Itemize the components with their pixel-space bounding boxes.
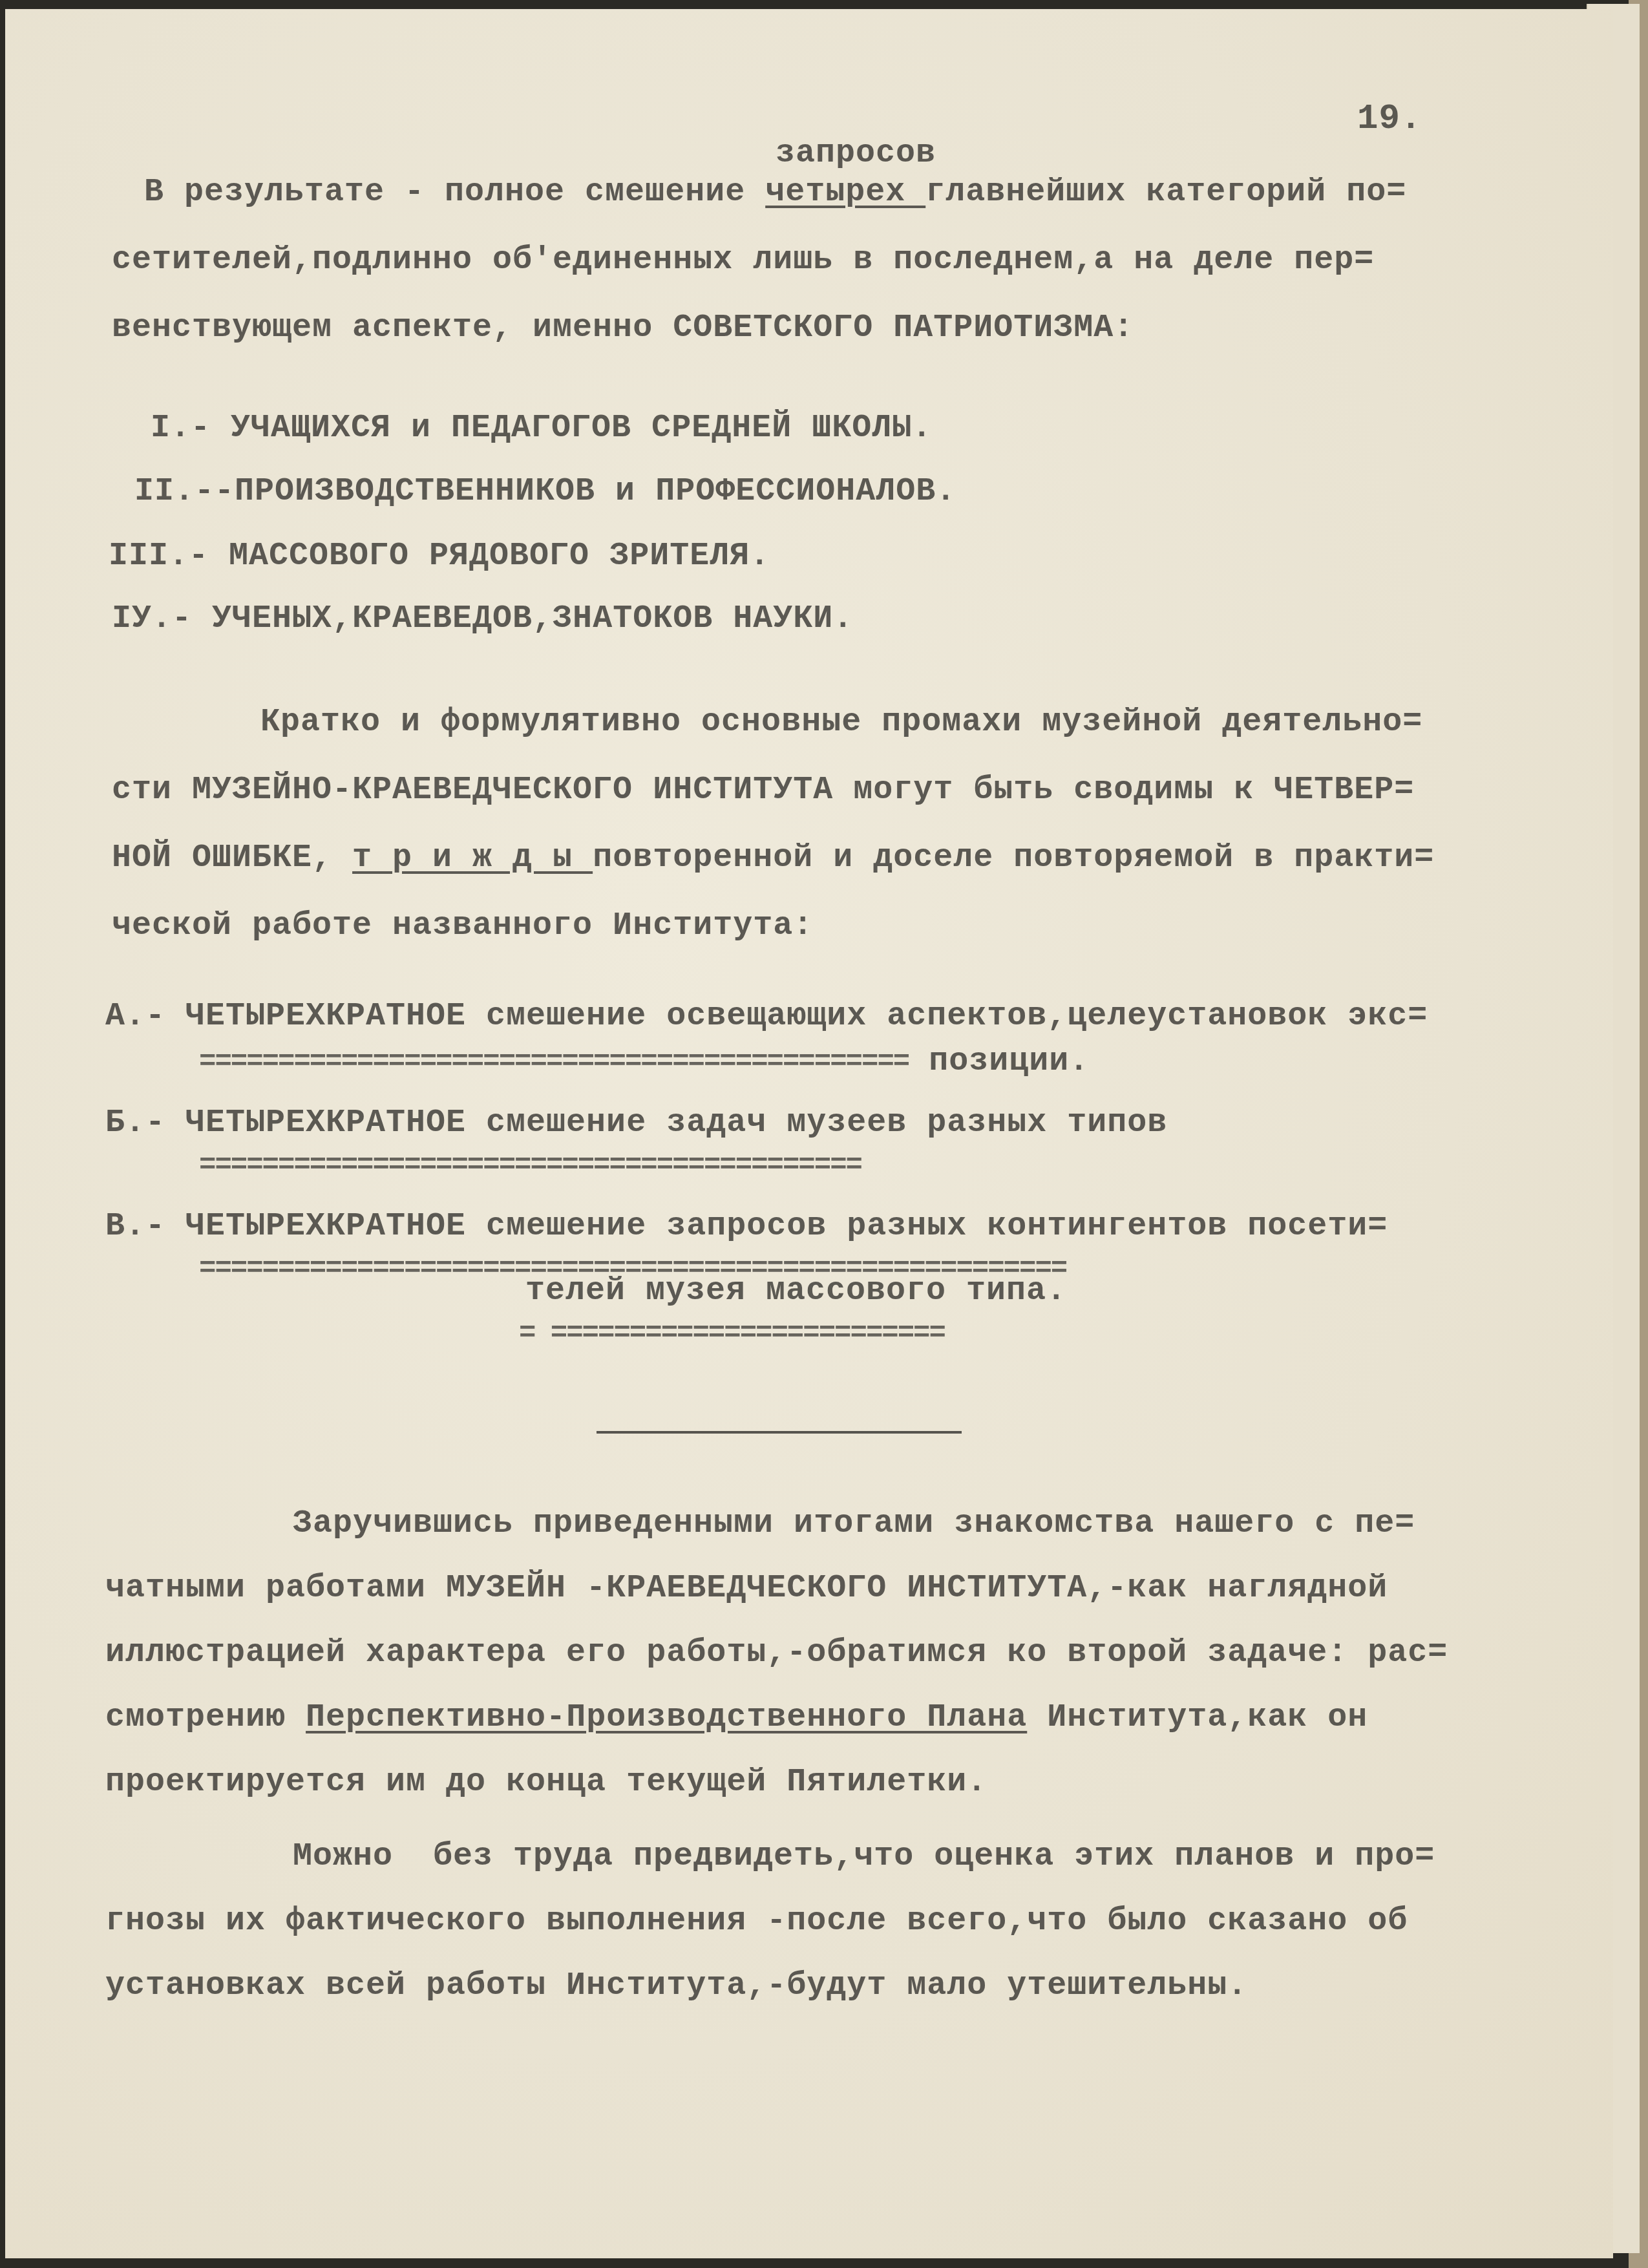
category-text: УЧЕНЫХ,КРАЕВЕДОВ,ЗНАТОКОВ НАУКИ. [192,600,853,637]
error-item-c-rule2: = ========================= [519,1315,945,1351]
category-number: I.- [151,410,211,447]
error-item-a-continuation: ========================================… [199,1043,1089,1080]
error-label: Б.- [105,1105,165,1141]
category-number: II.-- [134,473,235,510]
error-text-continuation: позиции. [909,1043,1089,1080]
category-item-4: IУ.- УЧЕНЫХ,КРАЕВЕДОВ,ЗНАТОКОВ НАУКИ. [112,600,853,637]
paragraph2-line3: НОЙ ОШИБКЕ, т р и ж д ы повторенной и до… [112,840,1434,876]
text-segment: В результате - полное смешение [144,174,765,211]
paragraph4-line1: Можно без труда предвидеть,что оценка эт… [293,1838,1435,1875]
paragraph3-line3: иллюстрацией характера его работы,-обрат… [105,1635,1448,1671]
paragraph3-line2: чатными работами МУЗЕЙН -КРАЕВЕДЧЕСКОГО … [105,1570,1388,1607]
error-item-c: В.- ЧЕТЫРЕХКРАТНОЕ смешение запросов раз… [105,1208,1388,1245]
section-divider [597,1431,962,1434]
error-label: А.- [105,998,165,1035]
text-segment: повторенной и доселе повторяемой в практ… [593,840,1434,876]
paragraph3-line5: проектируется им до конца текущей Пятиле… [105,1764,987,1801]
error-text: ЧЕТЫРЕХКРАТНОЕ смешение освещающих аспек… [165,998,1428,1035]
underlined-word: т р и ж д ы [352,840,593,876]
error-text: ЧЕТЫРЕХКРАТНОЕ смешение задач музеев раз… [165,1105,1167,1141]
text-segment: Института,как он [1027,1699,1368,1736]
category-item-3: III.- МАССОВОГО РЯДОВОГО ЗРИТЕЛЯ. [109,538,770,575]
double-underline-rule: ========================================… [199,1046,909,1079]
category-item-1: I.- УЧАЩИХСЯ и ПЕДАГОГОВ СРЕДНЕЙ ШКОЛЫ. [151,410,932,447]
underlined-word: четырех [765,174,925,211]
paragraph2-line1: Кратко и формулятивно основные промахи м… [260,704,1422,741]
error-text: ЧЕТЫРЕХКРАТНОЕ смешение запросов разных … [165,1208,1388,1245]
text-segment: главнейших категорий по= [925,174,1406,211]
paragraph3-line1: Заручившись приведенными итогами знакомс… [293,1505,1415,1542]
category-text: УЧАЩИХСЯ и ПЕДАГОГОВ СРЕДНЕЙ ШКОЛЫ. [211,410,932,447]
text-segment: смотрению [105,1699,306,1736]
paragraph4-line2: гнозы их фактического выполнения -после … [105,1903,1408,1940]
double-underline-rule: ========================================… [199,1150,861,1182]
category-number: IУ.- [112,600,192,637]
error-item-c-continuation: телей музея массового типа. [525,1273,1066,1309]
category-text: ПРОИЗВОДСТВЕННИКОВ и ПРОФЕССИОНАЛОВ. [235,473,956,510]
text-segment: НОЙ ОШИБКЕ, [112,840,352,876]
error-item-b: Б.- ЧЕТЫРЕХКРАТНОЕ смешение задач музеев… [105,1105,1167,1141]
paragraph1-line3: венствующем аспекте, именно СОВЕТСКОГО П… [112,310,1134,346]
paragraph3-line4: смотрению Перспективно-Производственного… [105,1699,1368,1736]
paragraph2-line2: сти МУЗЕЙНО-КРАЕВЕДЧЕСКОГО ИНСТИТУТА мог… [112,772,1414,809]
category-number: III.- [109,538,209,575]
category-item-2: II.--ПРОИЗВОДСТВЕННИКОВ и ПРОФЕССИОНАЛОВ… [134,473,956,510]
error-label: В.- [105,1208,165,1245]
paragraph4-line3: установках всей работы Института,-будут … [105,1967,1247,2004]
page-number: 19. [1357,100,1422,139]
error-item-b-continuation: ========================================… [199,1147,861,1183]
error-item-a: А.- ЧЕТЫРЕХКРАТНОЕ смешение освещающих а… [105,998,1428,1035]
paragraph2-line4: ческой работе названного Института: [112,907,813,944]
typewritten-page: 19. запросов В результате - полное смеше… [5,9,1613,2258]
paragraph1-line1: В результате - полное смешение четырех г… [144,174,1406,211]
paragraph1-line2: сетителей,подлинно об'единенных лишь в п… [112,242,1374,279]
carryover-word: запросов [776,135,936,172]
double-underline-rule: = ========================= [519,1318,945,1350]
underlined-phrase: Перспективно-Производственного Плана [306,1699,1027,1736]
category-text: МАССОВОГО РЯДОВОГО ЗРИТЕЛЯ. [209,538,770,575]
